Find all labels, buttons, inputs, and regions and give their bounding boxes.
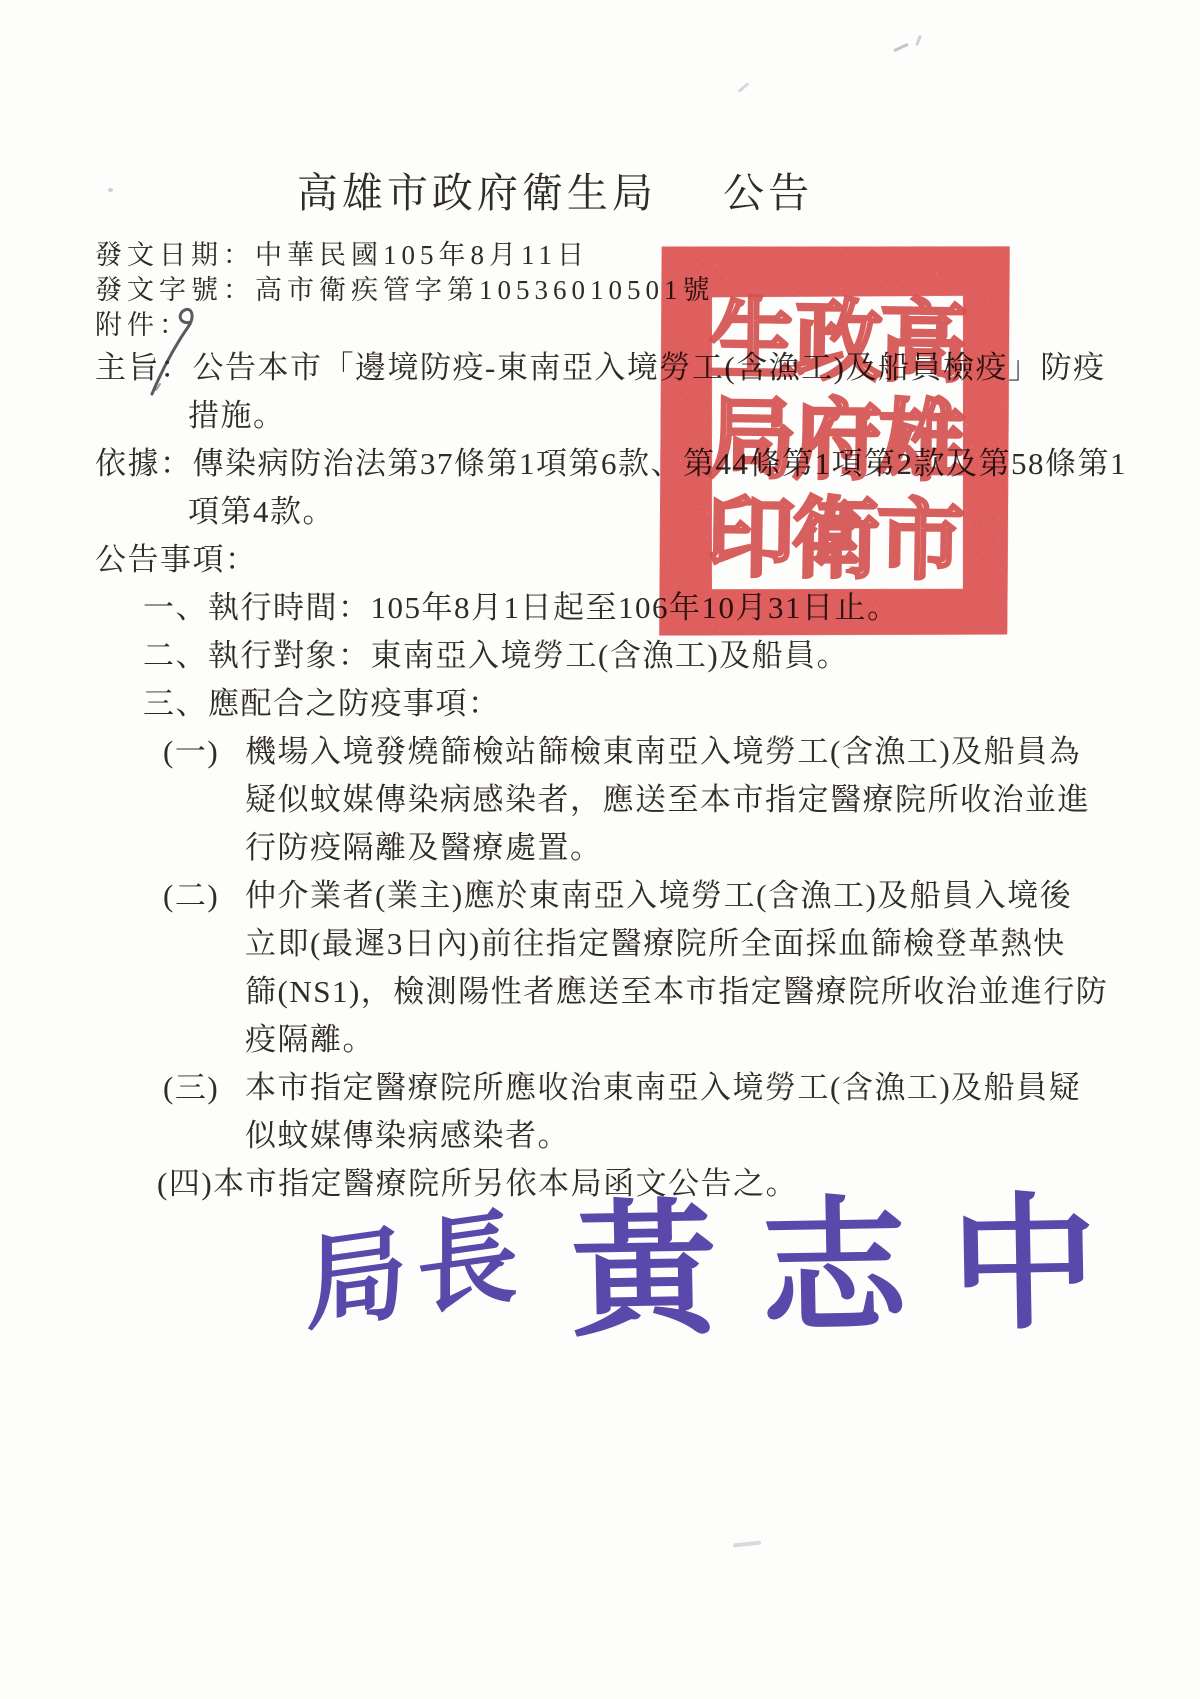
subject-label: 主旨： — [95, 350, 193, 385]
issue-date-line: 發文日期：中華民國105年8月11日 — [95, 238, 715, 273]
issue-date-label: 發文日期： — [95, 240, 255, 270]
sub-item-2-line-3: 篩(NS1)，檢測陽性者應送至本市指定醫療院所收治並進行防 — [245, 968, 1127, 1016]
sub-item-1-line-2: 疑似蚊媒傳染病感染者，應送至本市指定醫療院所收治並進 — [245, 776, 1127, 824]
signature-name: 黃志中 — [570, 1191, 1142, 1347]
signature-block: 局長 黃志中 — [304, 1191, 1142, 1352]
item-2: 二、執行對象：東南亞入境勞工(含漁工)及船員。 — [143, 632, 1127, 680]
document-page: 高雄市政府衛生局 公告 發文日期：中華民國105年8月11日 發文字號：高市衛疾… — [0, 0, 1200, 1699]
sub-item-2-text: 仲介業者(業主)應於東南亞入境勞工(含漁工)及船員入境後 — [245, 878, 1072, 913]
sub-item-3-text: 本市指定醫療院所應收治東南亞入境勞工(含漁工)及船員疑 — [245, 1070, 1081, 1105]
page-title: 高雄市政府衛生局 公告 — [0, 160, 1110, 219]
title-doc-type: 公告 — [723, 170, 813, 216]
sub-item-3-number: (三) — [163, 1064, 245, 1112]
doc-number-label: 發文字號： — [95, 275, 255, 305]
sub-item-3-line-1: (三)本市指定醫療院所應收治東南亞入境勞工(含漁工)及船員疑 — [163, 1064, 1127, 1112]
issue-date-value: 中華民國105年8月11日 — [255, 240, 589, 270]
item-3: 三、應配合之防疫事項： — [143, 680, 1127, 728]
sub-item-2-line-2: 立即(最遲3日內)前往指定醫療院所全面採血篩檢登革熱快 — [245, 920, 1127, 968]
sub-item-1-number: (一) — [163, 728, 245, 776]
scan-artifact — [733, 1541, 761, 1548]
title-organization: 高雄市政府衛生局 — [297, 170, 657, 216]
item-2-number: 二、 — [143, 638, 208, 673]
sub-item-2-line-4: 疫隔離。 — [245, 1016, 1127, 1064]
sub-item-2-line-1: (二)仲介業者(業主)應於東南亞入境勞工(含漁工)及船員入境後 — [163, 872, 1127, 920]
doc-number-value: 高市衛疾管字第10536010501號 — [255, 275, 715, 305]
sub-item-4-number: (四) — [157, 1166, 213, 1201]
scan-artifact — [893, 43, 909, 52]
document-body: 主旨：公告本市「邊境防疫-東南亞入境勞工(含漁工)及船員檢疫」防疫 措施。 依據… — [95, 344, 1127, 1208]
basis-label: 依據： — [95, 446, 193, 481]
subject-line-2: 措施。 — [188, 392, 1127, 440]
sub-item-1-line-3: 行防疫隔離及醫療處置。 — [245, 824, 1127, 872]
subject-line-1: 主旨：公告本市「邊境防疫-東南亞入境勞工(含漁工)及船員檢疫」防疫 — [95, 344, 1127, 392]
signature-role: 局長 — [306, 1205, 528, 1339]
sub-item-2-number: (二) — [163, 872, 245, 920]
basis-line-1: 依據：傳染病防治法第37條第1項第6款、第44條第1項第2款及第58條第1 — [95, 440, 1127, 488]
attachment-line: 附件： — [95, 308, 715, 343]
sub-item-1-line-1: (一)機場入境發燒篩檢站篩檢東南亞入境勞工(含漁工)及船員為 — [163, 728, 1127, 776]
basis-line-2: 項第4款。 — [188, 488, 1127, 536]
item-2-text: 執行對象：東南亞入境勞工(含漁工)及船員。 — [208, 638, 849, 673]
item-3-number: 三、 — [143, 686, 208, 721]
announcement-header: 公告事項： — [95, 536, 1127, 584]
basis-text: 傳染病防治法第37條第1項第6款、第44條第1項第2款及第58條第1 — [193, 446, 1128, 481]
sub-item-3-line-2: 似蚊媒傳染病感染者。 — [245, 1112, 1127, 1160]
subject-text: 公告本市「邊境防疫-東南亞入境勞工(含漁工)及船員檢疫」防疫 — [193, 350, 1106, 385]
item-1-text: 執行時間：105年8月1日起至106年10月31日止。 — [208, 590, 900, 625]
meta-block: 發文日期：中華民國105年8月11日 發文字號：高市衛疾管字第105360105… — [95, 238, 715, 343]
scan-artifact — [738, 82, 750, 93]
sub-item-1-text: 機場入境發燒篩檢站篩檢東南亞入境勞工(含漁工)及船員為 — [245, 734, 1081, 769]
attachment-label: 附件： — [95, 310, 191, 340]
item-3-text: 應配合之防疫事項： — [208, 686, 501, 721]
scan-artifact — [915, 35, 922, 46]
doc-number-line: 發文字號：高市衛疾管字第10536010501號 — [95, 273, 715, 308]
item-1-number: 一、 — [143, 590, 208, 625]
item-1: 一、執行時間：105年8月1日起至106年10月31日止。 — [143, 584, 1127, 632]
